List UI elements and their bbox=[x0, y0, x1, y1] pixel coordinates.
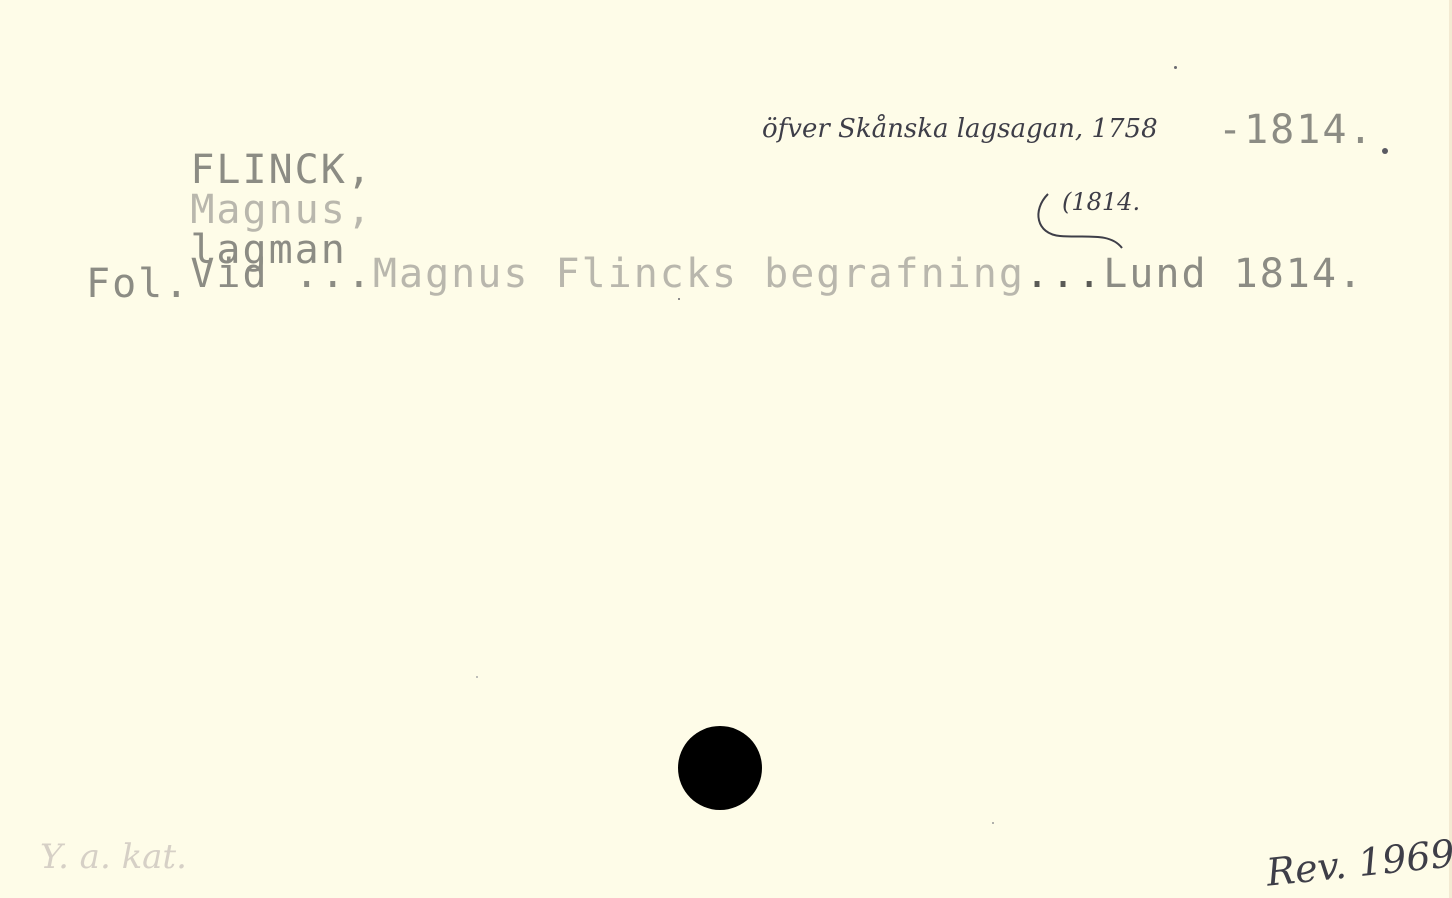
speck bbox=[678, 298, 680, 300]
entry-title: Magnus Flincks begrafning bbox=[373, 251, 1025, 297]
entry-ellipsis: ... bbox=[1025, 251, 1103, 297]
speck bbox=[476, 676, 478, 678]
death-year: -1814. bbox=[1218, 110, 1375, 150]
entry-place-year: Lund 1814. bbox=[1103, 251, 1364, 297]
entry-line-1: Vid ...Magnus Flincks begrafning...Lund … bbox=[86, 214, 1364, 334]
handwritten-insertion: öfver Skånska lagsagan, 1758 bbox=[762, 116, 1158, 142]
entry-line-2: Fol. bbox=[86, 264, 190, 304]
speck bbox=[1174, 66, 1177, 69]
faint-pencil-note: Y. a. kat. bbox=[40, 840, 187, 874]
catalog-card: FLINCK, Magnus, lagman öfver Skånska lag… bbox=[0, 0, 1452, 898]
speck bbox=[992, 822, 994, 824]
handwritten-year-annotation: (1814. bbox=[1062, 190, 1140, 214]
entry-prefix: Vid ... bbox=[190, 251, 373, 297]
speck bbox=[1382, 148, 1388, 154]
revision-note: Rev. 1969 bbox=[1265, 834, 1452, 892]
punch-hole bbox=[678, 726, 762, 810]
